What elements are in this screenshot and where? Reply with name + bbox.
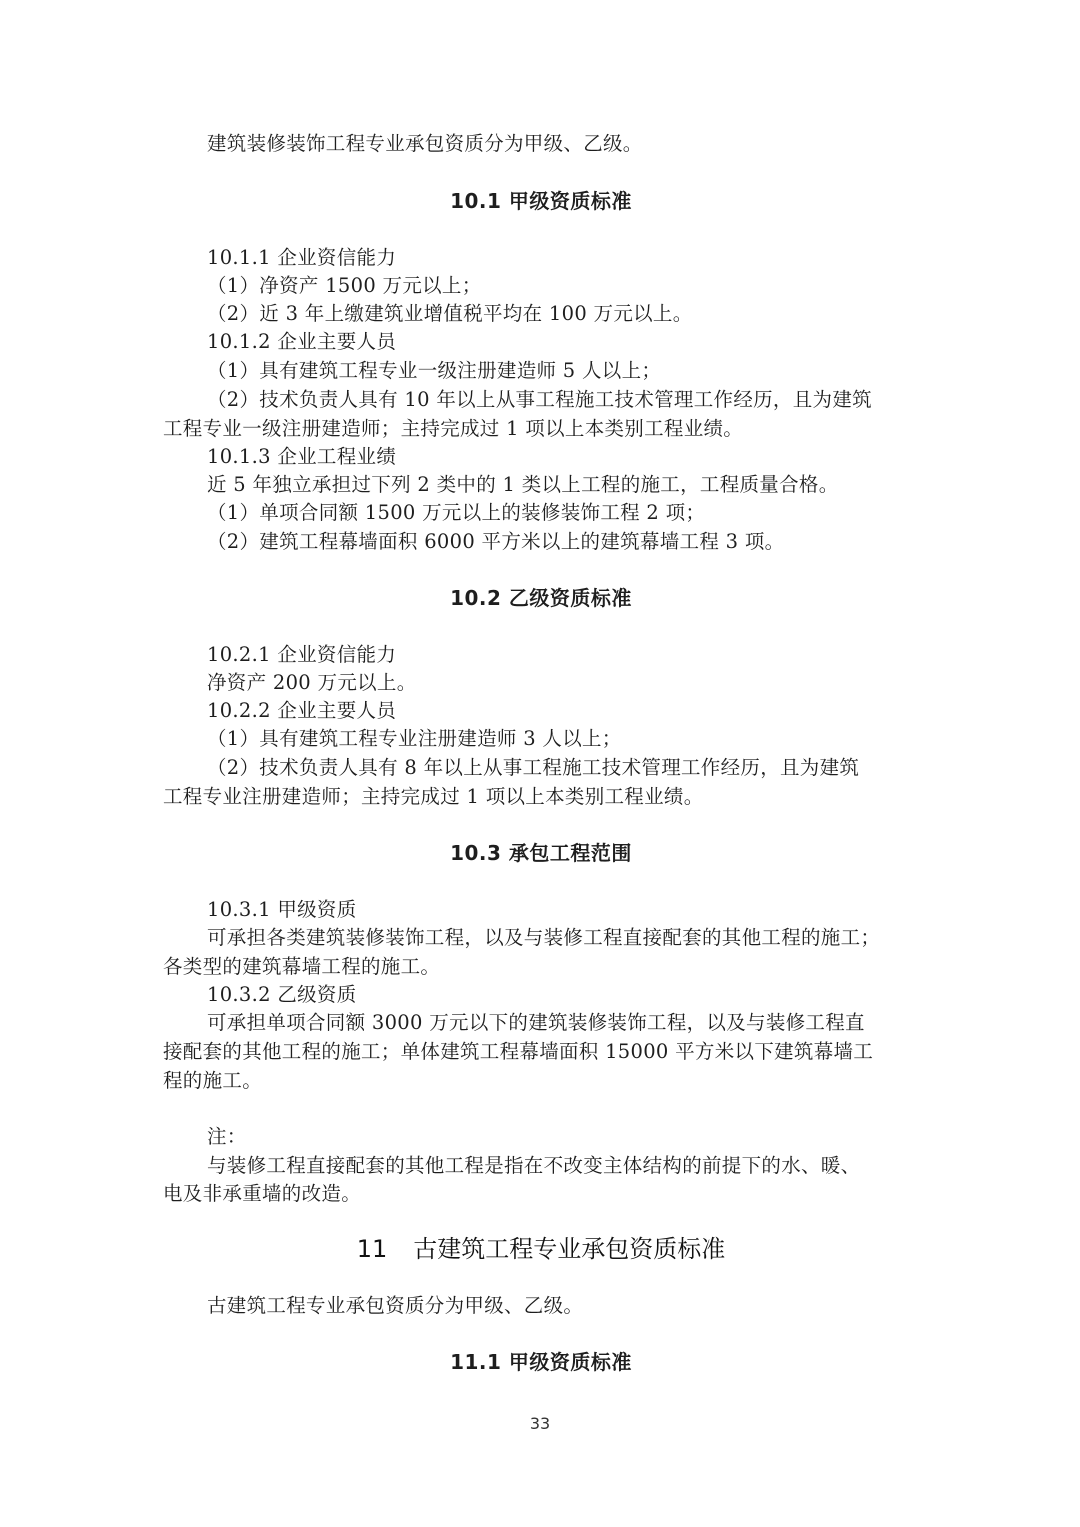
subsection-title-10-2-2: 10.2.2 企业主要人员 — [163, 697, 919, 725]
paragraph: 近 5 年独立承担过下列 2 类中的 1 类以上工程的施工，工程质量合格。 — [163, 471, 919, 499]
note-text-continuation: 电及非承重墙的改造。 — [163, 1180, 919, 1208]
section-heading-11-1: 11.1 甲级资质标准 — [163, 1348, 919, 1376]
section-heading-10-3: 10.3 承包工程范围 — [163, 839, 919, 867]
chapter-title: 古建筑工程专业承包资质标准 — [413, 1235, 725, 1263]
list-item: （2）建筑工程幕墙面积 6000 平方米以上的建筑幕墙工程 3 项。 — [163, 528, 919, 556]
paragraph-intro-11: 古建筑工程专业承包资质分为甲级、乙级。 — [163, 1292, 919, 1320]
subsection-title-10-2-1: 10.2.1 企业资信能力 — [163, 641, 919, 669]
section-heading-10-2: 10.2 乙级资质标准 — [163, 584, 919, 612]
paragraph-intro-10: 建筑装修装饰工程专业承包资质分为甲级、乙级。 — [163, 130, 919, 158]
chapter-heading-11: 11古建筑工程专业承包资质标准 — [163, 1233, 919, 1265]
paragraph: 净资产 200 万元以上。 — [163, 669, 919, 697]
paragraph: 可承担各类建筑装修装饰工程，以及与装修工程直接配套的其他工程的施工； — [163, 924, 919, 952]
list-item-continuation: 工程专业一级注册建造师；主持完成过 1 项以上本类别工程业绩。 — [163, 415, 919, 443]
subsection-title-10-3-1: 10.3.1 甲级资质 — [163, 896, 919, 924]
list-item: （1）具有建筑工程专业一级注册建造师 5 人以上； — [163, 357, 919, 385]
paragraph-continuation: 接配套的其他工程的施工；单体建筑工程幕墙面积 15000 平方米以下建筑幕墙工 — [163, 1038, 919, 1066]
list-item: （1）单项合同额 1500 万元以上的装修装饰工程 2 项； — [163, 499, 919, 527]
paragraph-continuation: 各类型的建筑幕墙工程的施工。 — [163, 953, 919, 981]
section-heading-10-1: 10.1 甲级资质标准 — [163, 187, 919, 215]
paragraph-continuation: 程的施工。 — [163, 1067, 919, 1095]
subsection-title-10-3-2: 10.3.2 乙级资质 — [163, 981, 919, 1009]
page-number: 33 — [0, 1414, 1080, 1433]
paragraph: 可承担单项合同额 3000 万元以下的建筑装修装饰工程，以及与装修工程直 — [163, 1009, 919, 1037]
list-item: （2）技术负责人具有 10 年以上从事工程施工技术管理工作经历，且为建筑 — [163, 386, 919, 414]
note-label: 注： — [163, 1123, 919, 1151]
subsection-title-10-1-2: 10.1.2 企业主要人员 — [163, 328, 919, 356]
subsection-title-10-1-1: 10.1.1 企业资信能力 — [163, 244, 919, 272]
chapter-number: 11 — [357, 1235, 388, 1263]
list-item: （2）技术负责人具有 8 年以上从事工程施工技术管理工作经历，且为建筑 — [163, 754, 919, 782]
list-item: （2）近 3 年上缴建筑业增值税平均在 100 万元以上。 — [163, 300, 919, 328]
subsection-title-10-1-3: 10.1.3 企业工程业绩 — [163, 443, 919, 471]
list-item: （1）净资产 1500 万元以上； — [163, 272, 919, 300]
list-item: （1）具有建筑工程专业注册建造师 3 人以上； — [163, 725, 919, 753]
list-item-continuation: 工程专业注册建造师；主持完成过 1 项以上本类别工程业绩。 — [163, 783, 919, 811]
note-text: 与装修工程直接配套的其他工程是指在不改变主体结构的前提下的水、暖、 — [163, 1152, 919, 1180]
